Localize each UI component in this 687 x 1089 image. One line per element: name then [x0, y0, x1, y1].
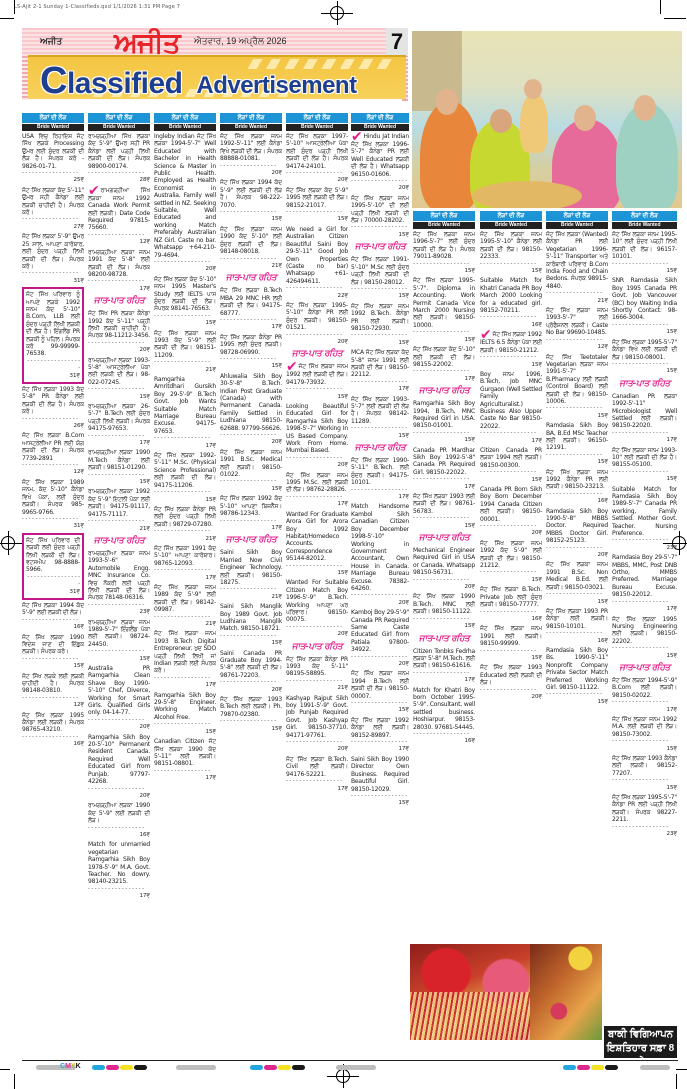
- ad-text: ਜੱਟ ਸਿੱਖ ਲੜਕਾ ਜਨਮ 1991 B.Sc. Medical ਲਈ …: [220, 449, 282, 478]
- ad-code: 15ਵ: [413, 616, 475, 631]
- color-bar: [563, 1065, 618, 1070]
- ad-code: 17ਵ: [351, 379, 409, 394]
- classified-ad: Ramdasia Sikh Boy 1990-5'-8" MBBS Doctor…: [546, 508, 608, 560]
- cyan-swatch: [92, 1065, 105, 1070]
- ad-code: 15ਵ: [546, 452, 608, 467]
- ad-code: 31ਵ: [22, 516, 84, 531]
- ad-code: 23ਵ: [612, 824, 677, 839]
- ad-text: Kashyap Rajput Sikh boy 1991-5'-9" Govt.…: [286, 695, 348, 739]
- classified-ad: ਜੱਟ ਸਿੱਖ ਲੜਕਾ ਕੱਦ 5'-10" ਲਈ ਲੜਕੀ ਦੀ ਲੋੜ।…: [413, 346, 475, 383]
- ad-code: 17ਵ: [154, 435, 216, 450]
- caste-no-bar-divider: ਜਾਤ-ਪਾਤ ਰਹਿਤ: [413, 634, 475, 645]
- registration-mark-icon: [1, 536, 15, 550]
- column-subheader: Bride Wanted: [154, 124, 216, 131]
- ad-text: ਜੱਟ ਸਿੱਖ ਲੜਕਾ 1990 B.Tech. MNC ਲਈ ਲੜਕੀ। …: [413, 593, 475, 615]
- ad-text: ਜੱਟ ਸਿੱਖ ਲੜਕਾ 1994 ਕੱਦ 5'-9" ਲਈ ਲੜਕੀ ਦੀ …: [22, 602, 84, 616]
- classified-ad: Ramdasia Boy 29-5'-7" MBBS, MMC, Post DN…: [612, 554, 677, 613]
- classified-ad: MCA ਜੱਟ ਸਿੱਖ ਲੜਕਾ ਕੱਦ 5'-8" ਜਨਮ 1991 ਲਈ …: [351, 349, 409, 393]
- classified-ad: ✔ਰਾਮਗੜ੍ਹੀਆ ਸਿੱਖ ਲੜਕਾ ਜਨਮ 1992 Canada Wor…: [88, 187, 150, 247]
- ad-code: 26ਵ: [22, 416, 84, 431]
- ad-code: 12ਵ: [88, 232, 150, 247]
- magenta-swatch: [577, 1065, 590, 1070]
- column-header: ਲੋੜਾਂ ਦੀ ਲੋੜ: [220, 113, 282, 123]
- classified-ad: ਜੱਟ ਸਿੱਖ ਲੜਕੇ ਲਈ ਲੜਕੀ ਚਾਹੀਦੀ ਹੈ। ਸੰਪਰਕ 9…: [22, 673, 84, 710]
- ad-code: 21ਵ: [220, 586, 282, 601]
- ad-text: Suitable Match for Ramdasia Sikh Boy 198…: [612, 486, 677, 537]
- classified-ad: ਰਾਮਗੜ੍ਹੀਆ ਲੜਕਾ 1990 M.Tech ਕੈਨੇਡਾ ਲਈ ਲੜਕ…: [88, 449, 150, 486]
- classified-ad: ✔ਜੱਟ ਸਿੱਖ ਲੜਕਾ ਜਨਮ 1992 ਲਈ ਲੜਕੀ ਦੀ ਲੋੜ। …: [286, 363, 348, 401]
- crop-mark: [0, 18, 14, 19]
- ad-text: ਜੱਟ ਸਿੱਖ ਲੜਕਾ 1993 ਕੱਦ 5'-8" PR ਕੈਨੇਡਾ ਲ…: [22, 386, 84, 415]
- ad-code: 20ਵ: [88, 717, 150, 732]
- classified-ad: ਜੱਟ ਸਿੱਖ ਲੜਕਾ 5'-9" ਉਮਰ 25 ਸਾਲ, ਆਪਣਾ ਕਾਰ…: [22, 233, 84, 285]
- ad-code: 15ਵ: [22, 656, 84, 671]
- ad-code: 16ਵ: [22, 617, 84, 632]
- ad-column-6: ਲੋੜਾਂ ਦੀ ਲੋੜBride Wanted✔Hindu Jat India…: [351, 113, 409, 1060]
- ad-code: 23ਵ: [612, 537, 677, 552]
- gray-bar: [640, 1065, 670, 1070]
- ad-code: 17ਵ: [154, 768, 216, 783]
- checkmark-icon: ✔: [88, 187, 100, 195]
- classified-ad: Mechanical Engineer Required Girl in USA…: [413, 547, 475, 591]
- ad-code: 15ਵ: [413, 430, 475, 445]
- ad-text: Saini Canada PR Graduate Boy 1994-5'-8" …: [220, 650, 282, 679]
- cyan-swatch: [563, 1065, 576, 1070]
- classified-ad: ਜੱਟ ਸਿੱਖ ਲੜਕਾ B.Tech. Civil ਲਈ ਲੜਕੀ। 941…: [286, 756, 348, 793]
- ad-code: 20ਵ: [413, 577, 475, 592]
- ad-text: ਰਾਮਗੜ੍ਹੀਆ ਸਿੱਖ ਲੜਕਾ ਕੱਦ 5'-9" ਉਮਰ ਸਹੀ PR…: [88, 133, 150, 170]
- ad-text: ਜੱਟ ਸਿੱਖ ਲੜਕਾ ਜਨਮ 1992 ਕੈਨੇਡਾ PR ਲਈ ਲੜਕੀ…: [546, 469, 608, 491]
- ad-column-7: ਲੋੜਾਂ ਦੀ ਲੋੜBride Wantedਜੱਟ ਸਿੱਖ ਲੜਕਾ ਜਨ…: [413, 211, 475, 942]
- ad-code: 17ਵ: [413, 670, 475, 685]
- ad-code: 20ਵ: [154, 259, 216, 274]
- color-bar: [250, 1065, 305, 1070]
- column-header: ਲੋੜਾਂ ਦੀ ਲੋੜ: [22, 113, 84, 123]
- classified-ad: Ingleby Indian ਜੱਟ ਸਿੱਖ ਲੜਕਾ 1994-5'-7" …: [154, 133, 216, 274]
- ad-column-8: ਲੋੜਾਂ ਦੀ ਲੋੜBride Wantedਜੱਟ ਸਿੱਖ ਲੜਕਾ ਜਨ…: [480, 211, 542, 942]
- ad-code: 12ਵ: [546, 337, 608, 352]
- ad-code: 15ਵ: [351, 286, 409, 301]
- classified-ad: ਜੱਟ ਸਿੱਖ ਲੜਕਾ ਜਨਮ 1993 B.Tech Digital En…: [154, 630, 216, 689]
- ad-text: ਜੱਟ ਸਿੱਖ ਲੜਕਾ ਕੱਦ 5'-9" 1995 ਲਈ ਲੜਕੀ ਦੀ …: [286, 187, 348, 209]
- classified-ad: Suitable Match for Khatri Canada PR Boy …: [480, 277, 542, 329]
- ad-code: 20ਵ: [351, 592, 409, 607]
- crop-mark: [14, 1074, 15, 1089]
- classified-ad: ਜੱਟ ਸਿੱਖ ਲੜਕਾ 1993 PR ਕੈਨੇਡਾ ਲਈ ਲੜਕੀ। 98…: [546, 608, 608, 645]
- classified-ad: Citizen Canada PR ਲੜਕਾ 1994 ਲਈ ਲੜਕੀ। 981…: [480, 447, 542, 484]
- yellow-swatch: [278, 1065, 291, 1070]
- column-subheader: Bride Wanted: [612, 222, 677, 229]
- ad-text: ਜੱਟ ਸਿੱਖ ਪਰਿਵਾਰ ਨੂੰ ਆਪਣੇ ਲੜਕੇ 1992 ਜਨਮ ਕ…: [26, 291, 80, 357]
- classified-ad: ਜੱਟ ਸਿੱਖ ਪਰਿਵਾਰ ਦੀ ਲੜਕੀ ਲਈ ਸੁੰਦਰ ਪੜ੍ਹੀ ਲ…: [22, 533, 84, 600]
- ad-text: ਜੱਟ ਸਿੱਖ ਲੜਕਾ ਕੈਨੇਡਾ PR ਲਈ ਸੁੰਦਰ ਪੜ੍ਹੀ ਲ…: [154, 506, 216, 528]
- classified-ad: ਜੱਟ ਸਿੱਖ ਲੜਕਾ 1990 ਵਿਦੇਸ਼ ਜਾਣ ਦੀ ਇੱਛੁਕ ਲ…: [22, 634, 84, 671]
- caste-no-bar-divider: ਜਾਤ-ਪਾਤ ਰਹਿਤ: [88, 296, 150, 307]
- column-subheader: Bride Wanted: [88, 124, 150, 131]
- ad-column-2: ਲੋੜਾਂ ਦੀ ਲੋੜBride Wantedਰਾਮਗੜ੍ਹੀਆ ਸਿੱਖ ਲ…: [88, 113, 150, 1060]
- classified-ad: ਜੱਟ ਸਿੱਖ ਲੜਕਾ 1995-5'-10" ਕੈਨੇਡਾ PR ਲਈ ਸ…: [286, 302, 348, 346]
- henna-hands-photo: [530, 944, 602, 1040]
- classified-ad: ਜੱਟ ਸਿੱਖ ਲੜਕਾ 1991-5'-10" M.Sc ਲਈ ਸੁੰਦਰ …: [351, 256, 409, 300]
- ad-text: Ramgarhia Sikh Boy 1994, B.Tech, MNC Req…: [413, 400, 475, 429]
- classified-ad: Ramgarhia Sikh Boy 1994, B.Tech, MNC Req…: [413, 400, 475, 444]
- ad-code: 15ਵ: [480, 469, 542, 484]
- ad-column-10: ਲੋੜਾਂ ਦੀ ਲੋੜBride Wantedਜੱਟ ਸਿੱਖ ਲੜਕਾ ਜਨ…: [612, 211, 677, 1025]
- classified-ad: ਜੱਟ ਸਿੱਖ ਲੜਕਾ ਜਨਮ 1994 B.Tech ਲਈ ਲੜਕੀ ਦੀ…: [351, 670, 409, 714]
- ad-code: 12ਵ: [22, 462, 84, 477]
- classified-ad: ਜੱਟ ਸਿੱਖ ਲੜਕਾ ਜਨਮ 1995-10" ਲਈ ਸੁੰਦਰ ਪੜ੍ਹ…: [612, 231, 677, 275]
- classified-ad: Canadian Citizen ਜੱਟ ਸਿੱਖ ਲੜਕਾ 1990 ਕੱਦ …: [154, 738, 216, 782]
- title-word-1: lassified: [67, 67, 183, 100]
- classified-ad: Citizen Tonbks Fedrha ਲੜਕਾ 5'-8" M.Tech.…: [413, 648, 475, 685]
- ad-code: 15ਵ: [286, 209, 348, 224]
- ad-code: 20ਵ: [286, 739, 348, 754]
- crop-mark: [664, 18, 686, 19]
- ad-code: 17ਵ: [351, 487, 409, 502]
- punjabi-women-painting: [412, 31, 682, 208]
- ad-code: 15ਵ: [612, 738, 677, 753]
- ad-text: ਜੱਟ ਸਿੱਖ ਲੜਕਾ ਜਨਮ 1989 ਕੱਦ 5'-9" ਲਈ ਲੜਕੀ…: [154, 584, 216, 613]
- classified-ad: Ramgarhia Sikh Boy 20-5'-10" Permanent R…: [88, 734, 150, 801]
- ad-text: USA ਵਿਚ ਰਿਹਾਇਸ਼ ਜੱਟ ਸਿੱਖ ਲੜਕੇ Processing…: [22, 133, 84, 170]
- classified-ad: Canada PR Born Sikh Boy Born December 19…: [480, 486, 542, 538]
- classified-ad: ਜੱਟ ਸਿੱਖ ਲੜਕਾ 1995 ਕੈਨੇਡਾ ਲਈ ਲੜਕੀ। ਸੰਪਰਕ…: [22, 712, 84, 749]
- issue-date: ਐਤਵਾਰ, 19 ਅਪ੍ਰੈਲ 2026: [194, 36, 287, 47]
- classified-ad: Match for Khatri Boy born October 1995-5…: [413, 687, 475, 746]
- caste-no-bar-divider: ਜਾਤ-ਪਾਤ ਰਹਿਤ: [351, 242, 409, 253]
- registration-mark-icon: [336, 1069, 350, 1083]
- ad-text: We need a Girl for Australian Citizen Be…: [286, 226, 348, 285]
- ad-text: Wanted For Suitable Citizen Match Boy 19…: [286, 579, 348, 623]
- classified-ad: ਜੱਟ ਸਿੱਖ ਲੜਕਾ 1995-5'-7" ਕੈਨੇਡਾ PR ਲਈ ਪੜ…: [612, 794, 677, 838]
- classified-ad: ਜੱਟ ਸਿੱਖ ਲੜਕਾ 1992 ਕੈਨੇਡਾ ਲਈ ਲੜਕੀ। 98152…: [351, 717, 409, 754]
- ad-text: Saini Sikh Boy 1990 Director Own Busines…: [351, 756, 409, 793]
- ad-text: ਰਾਮਗੜ੍ਹੀਆ ਲੜਕਾ ਜਨਮ 1991 ਕੱਦ 5'-8" ਲਈ ਲੜਕ…: [88, 249, 150, 278]
- ad-text: ਜੱਟ ਸਿੱਖ ਲੜਕਾ 1992-5'-11" M.Sc. (Physica…: [154, 452, 216, 489]
- ad-text: ਜੱਟ ਸਿੱਖ ਲੜਕਾ ਜਨਮ 1990 ਕੱਦ 5'-10" ਲਈ ਸੁੰ…: [220, 226, 282, 255]
- classified-ad: ਜੱਟ ਸਿੱਖ ਲੜਕਾ ਜਨਮ 1991 B.Sc. Medical ਲਈ …: [220, 449, 282, 493]
- bangles-photo: [410, 944, 530, 1040]
- classified-ad: Saini Sikh Manglik Boy 1989 Govt. Job Lu…: [220, 603, 282, 647]
- ad-code: 16ਵ: [22, 734, 84, 749]
- classified-ad: ਜੱਟ ਸਿੱਖ ਲੜਕਾ ਜਨਮ 1991 B.Sc. Non Medical…: [546, 561, 608, 605]
- classified-ad: ਰਾਮਗੜ੍ਹੀਆ ਲੜਕਾ ਜਨਮ 1993-5'-6" Automobile…: [88, 550, 150, 617]
- classified-ad: ਜੱਟ ਸਿੱਖ ਲੜਕਾ ਜਨਮ 1995 M.Sc. ਲਈ ਲੜਕੀ ਦੀ …: [286, 472, 348, 509]
- ad-code: 15ਵ: [413, 261, 475, 276]
- classified-ad: ਜੱਟ ਸਿੱਖ ਲੜਕਾ ਕੱਦ 5'-11" ਉਮਰ ਸਹੀ ਕੈਨੇਡਾ …: [22, 187, 84, 231]
- ad-text: Looking Beautiful Educated Girl for Ramg…: [286, 403, 348, 454]
- cyan-swatch: [250, 1065, 263, 1070]
- ad-text: ਜੱਟ ਸਿੱਖ ਲੜਕਾ ਜਨਮ 1992 B.Tech. ਕੈਨੇਡਾ PR…: [351, 303, 409, 332]
- gray-bar: [176, 1065, 216, 1070]
- classified-ad: Wanted For Graduate Arora Girl for Arora…: [286, 511, 348, 578]
- ad-text: ਰਾਮਗੜ੍ਹੀਆ ਲੜਕਾ 26-5'-7" B.Tech ਲਈ ਸੁੰਦਰ …: [88, 403, 150, 432]
- classified-ad: ਜੱਟ ਸਿੱਖ ਲੜਕਾ ਜਨਮ 1993-10" ਲਈ ਲੜਕੀ ਦੀ ਲੋ…: [612, 447, 677, 484]
- ad-text: ਜੱਟ ਸਿੱਖ ਲੜਕਾ ਜਨਮ 1996-5'-7" ਲਈ ਸੁੰਦਰ ਲੜ…: [413, 231, 475, 260]
- painting-figure-head: [634, 95, 656, 121]
- ad-code: 15ਵ: [351, 224, 409, 239]
- ad-text: ਰਾਮਗੜ੍ਹੀਆ ਲੜਕਾ 1990 ਕੱਦ 5'-9" ਲਈ ਲੜਕੀ ਦੀ…: [88, 802, 150, 824]
- ad-text: Boy ਜਨਮ 1996, B.Tech, Job MNC Gurgaon (W…: [480, 371, 542, 430]
- classified-ad: ਜੱਟ ਸਿੱਖ ਲੜਕਾ 1990-5'-11" B.Tech. ਲਈ ਸੁੰ…: [351, 457, 409, 501]
- bottom-rule: [22, 1060, 678, 1061]
- ad-text: ਜੱਟ ਸਿੱਖ ਲੜਕਾ B.Tech. Civil ਲਈ ਲੜਕੀ। 941…: [286, 756, 348, 778]
- classified-ad: ਜੱਟ ਸਿੱਖ ਲੜਕਾ 1993 B.Tech ਲਈ ਲੜਕੀ। Ph. 7…: [220, 696, 282, 733]
- ad-code: 17ਵ: [88, 278, 150, 293]
- classified-ad: Ahluwalia Sikh Boy 30-5'-8" B.Tech. Indi…: [220, 373, 282, 447]
- ad-code: 17ਵ: [413, 368, 475, 383]
- ad-code: 17ਵ: [612, 430, 677, 445]
- classified-ad: ਜੱਟ ਸਿੱਖ ਲੜਕਾ ਕੈਨੇਡਾ PR ਲਈ ਸੁੰਦਰ ਪੜ੍ਹੀ ਲ…: [154, 506, 216, 543]
- ad-code: 15ਵ: [480, 261, 542, 276]
- ad-text: ਜੱਟ ਸਿੱਖ ਲੜਕਾ ਜਨਮ 1993 ਕੱਦ 5'-9" ਲਈ ਲੜਕੀ…: [154, 330, 216, 359]
- ad-text: ਜੱਟ ਸਿੱਖ ਲੜਕਾ 1992 ਕੈਨੇਡਾ ਲਈ ਲੜਕੀ। 98152…: [351, 717, 409, 739]
- ad-code: 15ਵ: [220, 356, 282, 371]
- ad-text: ਜੱਟ ਸਿੱਖ ਲੜਕਾ ਕੱਦ 5'-11" ਉਮਰ ਸਹੀ ਕੈਨੇਡਾ …: [22, 187, 84, 216]
- crop-mark: [676, 1069, 687, 1070]
- classified-ad: ਜੱਟ ਸਿੱਖ ਲੜਕਾ ਜਨਮ 1991 ਲਈ ਲੜਕੀ। 98150-99…: [480, 625, 542, 662]
- classified-ad: ਜੱਟ ਸਿੱਖ ਲੜਕਾ ਜਨਮ 1992 ਕੈਨੇਡਾ PR ਲਈ ਲੜਕੀ…: [546, 469, 608, 506]
- classified-ad: SNR Ramdasia Sikh Boy 1995 Canada PR Gov…: [612, 277, 677, 336]
- ad-text: Wanted For Graduate Arora Girl for Arora…: [286, 511, 348, 562]
- ad-code: 21ਵ: [154, 614, 216, 629]
- gray-bar: [336, 1065, 376, 1070]
- column-subheader: Bride Wanted: [480, 222, 542, 229]
- ad-text: Citizen Canada PR ਲੜਕਾ 1994 ਲਈ ਲੜਕੀ। 981…: [480, 447, 542, 469]
- column-header: ਲੋੜਾਂ ਦੀ ਲੋੜ: [286, 113, 348, 123]
- painting-basket: [472, 181, 582, 208]
- ad-text: ਜੱਟ ਸਿੱਖ ਲੜਕਾ ਜਨਮ 1995 M.Sc. ਲਈ ਲੜਕੀ ਦੀ …: [286, 472, 348, 494]
- classified-ad: ਰਾਮਗੜ੍ਹੀਆ ਲੜਕਾ ਜਨਮ 1991 ਕੱਦ 5'-8" ਲਈ ਲੜਕ…: [88, 249, 150, 293]
- classified-ad: ਜੱਟ ਸਿੱਖ ਲੜਕਾ ਜਨਮ 1995-5'-10" ਕੈਨੇਡਾ ਲਈ …: [480, 231, 542, 275]
- caste-no-bar-divider: ਜਾਤ-ਪਾਤ ਰਹਿਤ: [220, 273, 282, 284]
- ad-code: 31ਵ: [22, 270, 84, 285]
- color-bar: [92, 1065, 147, 1070]
- ad-text: ਜੱਟ ਸਿੱਖ ਲੜਕਾ B.Tech. Private Job ਲਈ ਸੁੰ…: [480, 586, 542, 608]
- ad-text: Australia PR Ramgarhia Clean Shave Boy 1…: [88, 665, 150, 716]
- ad-text: ਰਾਮਗੜ੍ਹੀਆ ਲੜਕਾ ਜਨਮ 1993-5'-6" Automobile…: [88, 550, 150, 601]
- ad-text: Ramdasia Sikh Boy 1990-5'-8" MBBS Doctor…: [546, 508, 608, 545]
- ad-code: 21ਵ: [154, 528, 216, 543]
- ad-code: 23ਵ: [88, 602, 150, 617]
- ad-code: 20ਵ: [220, 432, 282, 447]
- classified-ad: ਜੱਟ ਸਿੱਖ ਲੜਕਾ 1989 ਜਨਮ, ਕੱਦ 5'-10" ਕੈਨੇਡ…: [22, 479, 84, 531]
- classified-ad: Saini Sikh Boy 1990 Director Own Busines…: [351, 756, 409, 808]
- ad-text: ਜੱਟ ਸਿੱਖ ਲੜਕਾ 1993 Educated ਲਈ ਲੜਕੀ ਦੀ ਲ…: [480, 664, 542, 686]
- classified-ad: ਜੱਟ ਸਿੱਖ PR ਲੜਕਾ ਕੈਨੇਡਾ 1992 ਕੱਦ 5'-11" …: [88, 310, 150, 354]
- column-header: ਲੋੜਾਂ ਦੀ ਲੋੜ: [351, 113, 409, 123]
- ad-code: 17ਵ: [612, 699, 677, 714]
- ad-code: 31ਵ: [26, 358, 80, 380]
- classified-ad: Saini Canada PR Graduate Boy 1994-5'-8" …: [220, 650, 282, 694]
- ad-code: 15ਵ: [413, 329, 475, 344]
- classified-ad: ਜੱਟ ਸਿੱਖ ਲੜਕਾ 1993 ਲਈ ਲੜਕੀ ਦੀ ਲੋੜ। 98761…: [413, 493, 475, 530]
- ad-code: 15ਵ: [546, 405, 608, 420]
- ad-text: ਰਾਮਗੜ੍ਹੀਆ ਲੜਕਾ 1993-5'-8" ਆਸਟ੍ਰੇਲੀਆ ਪੱਕਾ…: [88, 357, 150, 386]
- ad-code: 16ਵ: [413, 731, 475, 746]
- classified-ad: ਰਾਮਗੜ੍ਹੀਆ ਲੜਕਾ ਜਨਮ 1989-5'-7" ਇੰਗਲੈਂਡ ਪੱ…: [88, 619, 150, 663]
- classified-ad: Boy ਜਨਮ 1996, B.Tech, Job MNC Gurgaon (W…: [480, 371, 542, 445]
- classified-ad: ਜੱਟ ਸਿੱਖ ਲੜਕਾ 1991 ਕੱਦ 5'-10" ਆਪਣਾ ਕਾਰੋਬ…: [154, 545, 216, 582]
- classified-ad: ਜੱਟ ਸਿੱਖ ਲੜਕਾ ਜਨਮ 1993-5'-7" ਲਈ ਪ੍ਰੋਫੈਸ਼…: [546, 307, 608, 351]
- ad-text: ਜੱਟ ਸਿੱਖ ਲੜਕਾ ਕੱਦ 5'-10" ਜਨਮ 1995 Master…: [154, 276, 216, 313]
- ad-text: MCA ਜੱਟ ਸਿੱਖ ਲੜਕਾ ਕੱਦ 5'-8" ਜਨਮ 1991 ਲਈ …: [351, 349, 409, 378]
- ad-code: 16ਵ: [88, 825, 150, 840]
- ad-code: 17ਵ: [154, 675, 216, 690]
- classified-ad: We need a Girl for Australian Citizen Be…: [286, 226, 348, 300]
- page-number: 7: [386, 28, 408, 56]
- column-subheader: Bride Wanted: [220, 124, 282, 131]
- ad-column-4: ਲੋੜਾਂ ਦੀ ਲੋੜBride Wantedਜੱਟ ਸਿੱਖ ਲੜਕਾ ਜਨ…: [220, 113, 282, 1060]
- classified-ad: ਜੱਟ ਸਿੱਖ ਲੜਕਾ 1995-5'-7". Diploma in Acc…: [413, 277, 475, 344]
- ad-code: 16ਵ: [546, 491, 608, 506]
- ad-text: Ingleby Indian ਜੱਟ ਸਿੱਖ ਲੜਕਾ 1994-5'-7" …: [154, 133, 216, 259]
- column-header: ਲੋੜਾਂ ਦੀ ਲੋੜ: [413, 211, 475, 221]
- ad-text: Saini Sikh Manglik Boy 1989 Govt. Job Lu…: [220, 603, 282, 632]
- classified-ad: ✔Hindu Jat Indian ਜੱਟ ਸਿੱਖ ਲੜਕਾ 1996-5'-…: [351, 133, 409, 193]
- ad-code: 15ਵ: [546, 591, 608, 606]
- title-initial: C: [40, 60, 67, 102]
- classified-ad: Kamboj Boy 29-5'-9" Canada PR Required S…: [351, 609, 409, 668]
- classified-ad: ਜੱਟ ਸਿੱਖ ਲੜਕਾ ਕੈਨੇਡਾ PR 1995 ਲਈ ਸੁੰਦਰ ਲੜ…: [220, 334, 282, 371]
- column-header: ਲੋੜਾਂ ਦੀ ਲੋੜ: [546, 211, 608, 221]
- ad-text: ਜੱਟ ਸਿੱਖ ਲੜਕਾ ਜਨਮ 1992 M.A. ਲਈ ਲੜਕੀ ਦੀ ਲ…: [612, 716, 677, 738]
- ad-text: ਜੱਟ ਸਿੱਖ ਲੜਕਾ 1995-5'-7" ਕੈਨੇਡਾ PR ਲਈ ਪੜ…: [612, 794, 677, 823]
- classified-ad: ✔ਜੱਟ ਸਿੱਖ ਲੜਕਾ 1992 IELTS 6.5 ਕੈਨੇਡਾ ਪੱਕ…: [480, 331, 542, 369]
- ad-code: 20ਵ: [286, 170, 348, 185]
- ad-code: 15ਵ: [88, 648, 150, 663]
- caste-no-bar-divider: ਜਾਤ-ਪਾਤ ਰਹਿਤ: [413, 533, 475, 544]
- classified-ad: ਰਾਮਗੜ੍ਹੀਆ ਲੜਕਾ 1992 ਕੱਦ 5'-9" ਇਟਲੀ ਪੱਕਾ …: [88, 488, 150, 532]
- ad-column-9: ਲੋੜਾਂ ਦੀ ਲੋੜBride Wantedਜੱਟ ਸਿੱਖ ਲੜਕਾ (W…: [546, 211, 608, 942]
- column-subheader: Bride Wanted: [22, 124, 84, 131]
- classified-ad: Australia PR Ramgarhia Clean Shave Boy 1…: [88, 665, 150, 732]
- ad-code: 20ਵ: [286, 332, 348, 347]
- painting-child: [520, 93, 548, 153]
- classified-ad: Ramdasia Sikh Boy BA, B.Ed MSc Teacher ਲ…: [546, 422, 608, 466]
- ad-code: 21ਵ: [88, 518, 150, 533]
- classified-ad: Saini Sikh Boy Married Now Civil Enginee…: [220, 549, 282, 601]
- ad-text: Citizen Tonbks Fedrha ਲੜਕਾ 5'-8" M.Tech.…: [413, 648, 475, 670]
- classified-ad: ਜੱਟ ਸਿੱਖ ਲੜਕਾ 1993 ਕੱਦ 5'-8" PR ਕੈਨੇਡਾ ਲ…: [22, 386, 84, 430]
- ad-code: 20ਵ: [546, 545, 608, 560]
- crop-mark: [660, 0, 661, 14]
- ad-code: 31ਵ: [26, 574, 80, 596]
- ad-text: ਜੱਟ ਸਿੱਖ ਲੜਕਾ 1994-5'-9" B.Com ਲਈ ਲੜਕੀ। …: [612, 677, 677, 699]
- classified-ad: ਜੱਟ ਸਿੱਖ ਲੜਕਾ ਜਨਮ 1992 ਕੱਦ 5'-9" ਲਈ ਲੜਕੀ…: [480, 540, 542, 584]
- ad-text: Saini Sikh Boy Married Now Civil Enginee…: [220, 549, 282, 586]
- ad-text: ਜੱਟ ਸਿੱਖ ਲੜਕਾ ਜਨਮ 1993-5'-7" ਲਈ ਪ੍ਰੋਫੈਸ਼…: [546, 307, 608, 336]
- classified-ad: ਜੱਟ ਸਿੱਖ ਲੜਕਾ 1995-5'-7" ਕੈਨੇਡਾ ਵਿਖੇ ਲਈ …: [612, 339, 677, 376]
- classified-ad: ਜੱਟ ਸਿੱਖ Teetotaler Vegetarian ਲੜਕਾ ਜਨਮ …: [546, 354, 608, 421]
- ad-text: ਜੱਟ ਸਿੱਖ ਲੜਕਾ 1993 ਕੈਨੇਡਾ ਲਈ ਲੜਕੀ। 98152…: [612, 755, 677, 777]
- classified-ad: ਜੱਟ ਸਿੱਖ ਲੜਕਾ ਜਨਮ 1995-5'-10" ਦੀ ਲਈ ਪੜ੍ਹ…: [351, 195, 409, 239]
- ad-column-5: ਲੋੜਾਂ ਦੀ ਲੋੜBride Wantedਜੱਟ ਸਿੱਖ ਲੜਕਾ 19…: [286, 113, 348, 1060]
- column-subheader: Bride Wanted: [286, 124, 348, 131]
- classified-ad: Ramdasia Sikh Boy Bs. 1990-5'-11" Nonpro…: [546, 647, 608, 706]
- ad-code: 20ਵ: [351, 178, 409, 193]
- ad-code: 20ਵ: [220, 679, 282, 694]
- ad-text: Canada PR Mardhar Sikh Boy 1992-5'-8" Ca…: [413, 447, 475, 476]
- ad-text: ਰਾਮਗੜ੍ਹੀਆ ਲੜਕਾ 1992 ਕੱਦ 5'-9" ਇਟਲੀ ਪੱਕਾ …: [88, 488, 150, 517]
- classified-ad: ਜੱਟ ਸਿੱਖ ਲੜਕਾ ਕੱਦ 5'-10" ਜਨਮ 1995 Master…: [154, 276, 216, 328]
- ad-text: ਜੱਟ ਸਿੱਖ ਲੜਕਾ B.Com ਆਸਟ੍ਰੇਲੀਆ PR ਲਈ ਯੋਗ …: [22, 432, 84, 461]
- ad-text: Ramdasia Sikh Boy Bs. 1990-5'-11" Nonpro…: [546, 647, 608, 691]
- painting-figure-head: [436, 89, 458, 115]
- column-header: ਲੋੜਾਂ ਦੀ ਲੋੜ: [88, 113, 150, 123]
- painting-child-head: [524, 79, 542, 99]
- ad-code: 15ਵ: [220, 633, 282, 648]
- ad-code: 20ਵ: [286, 624, 348, 639]
- ad-code: 15ਵ: [286, 386, 348, 401]
- banner-line-1: ਬਾਕੀ ਵਿਗਿਆਪਨ: [604, 1028, 677, 1042]
- ad-code: 15ਵ: [220, 209, 282, 224]
- ad-text: ਜੱਟ ਸਿੱਖ ਲੜਕਾ 1993 B.Tech ਲਈ ਲੜਕੀ। Ph. 7…: [220, 696, 282, 718]
- ad-text: Match Handsome Kambol Sikh Canadian Citi…: [351, 503, 409, 591]
- ad-text: ਜੱਟ ਸਿੱਖ ਲੜਕੇ ਲਈ ਲੜਕੀ ਚਾਹੀਦੀ ਹੈ। ਸੰਪਰਕ 9…: [22, 673, 84, 695]
- ad-code: 15ਵ: [154, 721, 216, 736]
- classified-ad: ਜੱਟ ਸਿੱਖ ਲੜਕਾ B.Tech MBA 29 MNC HR ਲਈ ਲੜ…: [220, 287, 282, 331]
- ad-text: ਜੱਟ ਸਿੱਖ ਲੜਕਾ 1991 ਕੱਦ 5'-10" ਆਪਣਾ ਕਾਰੋਬ…: [154, 545, 216, 567]
- title-word-2: Advertisement: [196, 72, 356, 99]
- classified-ad: ਜੱਟ ਸਿੱਖ ਲੜਕਾ 1992-5'-11" M.Sc. (Physica…: [154, 452, 216, 504]
- classified-ad: ਜੱਟ ਸਿੱਖ ਲੜਕਾ ਕੈਨੇਡਾ PR 1993 ਕੱਦ 5'-11" …: [286, 656, 348, 693]
- classified-ad: Kashyap Rajput Sikh boy 1991-5'-9" Govt.…: [286, 695, 348, 754]
- ad-code: 25ਵ: [22, 170, 84, 185]
- classified-ad: ਜੱਟ ਸਿੱਖ ਲੜਕਾ ਜਨਮ 1992 B.Tech. ਕੈਨੇਡਾ PR…: [351, 303, 409, 347]
- ad-code: 15ਵ: [480, 648, 542, 663]
- ad-column-3: ਲੋੜਾਂ ਦੀ ਲੋੜBride WantedIngleby Indian ਜ…: [154, 113, 216, 1060]
- caste-no-bar-divider: ਜਾਤ-ਪਾਤ ਰਹਿਤ: [351, 443, 409, 454]
- classified-ad: Canadian PR ਲੜਕਾ 1992-5'-11" Microbiolog…: [612, 393, 677, 445]
- ad-text: ਜੱਟ ਸਿੱਖ PR ਲੜਕਾ ਕੈਨੇਡਾ 1992 ਕੱਦ 5'-11" …: [88, 310, 150, 339]
- ad-text: ਜੱਟ ਸਿੱਖ ਲੜਕਾ 1990 ਵਿਦੇਸ਼ ਜਾਣ ਦੀ ਇੱਛੁਕ ਲ…: [22, 634, 84, 656]
- classified-ad: USA ਵਿਚ ਰਿਹਾਇਸ਼ ਜੱਟ ਸਿੱਖ ਲੜਕੇ Processing…: [22, 133, 84, 185]
- ad-code: 15ਵ: [612, 261, 677, 276]
- ad-code: 20ਵ: [351, 654, 409, 669]
- caste-no-bar-divider: ਜਾਤ-ਪਾਤ ਰਹਿਤ: [88, 536, 150, 547]
- ad-code: 21ਵ: [546, 290, 608, 305]
- classified-ad: Suitable Match for Ramdasia Sikh Boy 198…: [612, 486, 677, 553]
- yellow-swatch: [120, 1065, 133, 1070]
- classified-ad: ਜੱਟ ਸਿੱਖ ਲੜਕਾ ਜਨਮ 1990 ਕੱਦ 5'-10" ਲਈ ਸੁੰ…: [220, 226, 282, 270]
- ad-text: Ramgarhia Sikh Boy 29-5'-8" Engineer. Wo…: [154, 692, 216, 721]
- ad-code: 17ਵ: [286, 494, 348, 509]
- ad-text: Ramgarhia Sikh Boy 20-5'-10" Permanent R…: [88, 734, 150, 785]
- ad-code: 15ਵ: [220, 718, 282, 733]
- ad-code: 15ਵ: [351, 425, 409, 440]
- ad-text: Ahluwalia Sikh Boy 30-5'-8" B.Tech. Indi…: [220, 373, 282, 432]
- classified-ad: ਜੱਟ ਸਿੱਖ ਲੜਕਾ 1994-5'-9" B.Com ਲਈ ਲੜਕੀ। …: [612, 677, 677, 714]
- ad-code: 15ਵ: [220, 478, 282, 493]
- ad-code: 16ਵ: [546, 630, 608, 645]
- painting-figure-head: [574, 105, 596, 131]
- ad-code: 15ਵ: [154, 489, 216, 504]
- ad-code: 20ਵ: [220, 163, 282, 178]
- ad-text: Ramgarhia Amritdhari Gursikh Boy 29-5'-9…: [154, 376, 216, 435]
- ad-text: ਜੱਟ ਸਿੱਖ ਪਰਿਵਾਰ ਦੀ ਲੜਕੀ ਲਈ ਸੁੰਦਰ ਪੜ੍ਹੀ ਲ…: [26, 537, 80, 574]
- crop-mark: [676, 1074, 677, 1089]
- ad-text: ਜੱਟ ਸਿੱਖ ਲੜਕਾ 1989 ਜਨਮ, ਕੱਦ 5'-10" ਕੈਨੇਡ…: [22, 479, 84, 516]
- ad-code: 15ਵ: [480, 569, 542, 584]
- ad-code: 22ਵ: [286, 285, 348, 300]
- ad-text: ਜੱਟ ਸਿੱਖ ਲੜਕਾ ਕੈਨੇਡਾ PR 1993 ਕੱਦ 5'-11" …: [286, 656, 348, 678]
- ad-text: ਜੱਟ ਸਿੱਖ ਲੜਕਾ ਕੈਨੇਡਾ PR 1995 ਲਈ ਸੁੰਦਰ ਲੜ…: [220, 334, 282, 356]
- caste-no-bar-divider: ਜਾਤ-ਪਾਤ ਰਹਿਤ: [413, 386, 475, 397]
- ad-code: 15ਵ: [351, 793, 409, 808]
- ad-text: Kamboj Boy 29-5'-9" Canada PR Required S…: [351, 609, 409, 653]
- ad-code: 15ਵ: [88, 386, 150, 401]
